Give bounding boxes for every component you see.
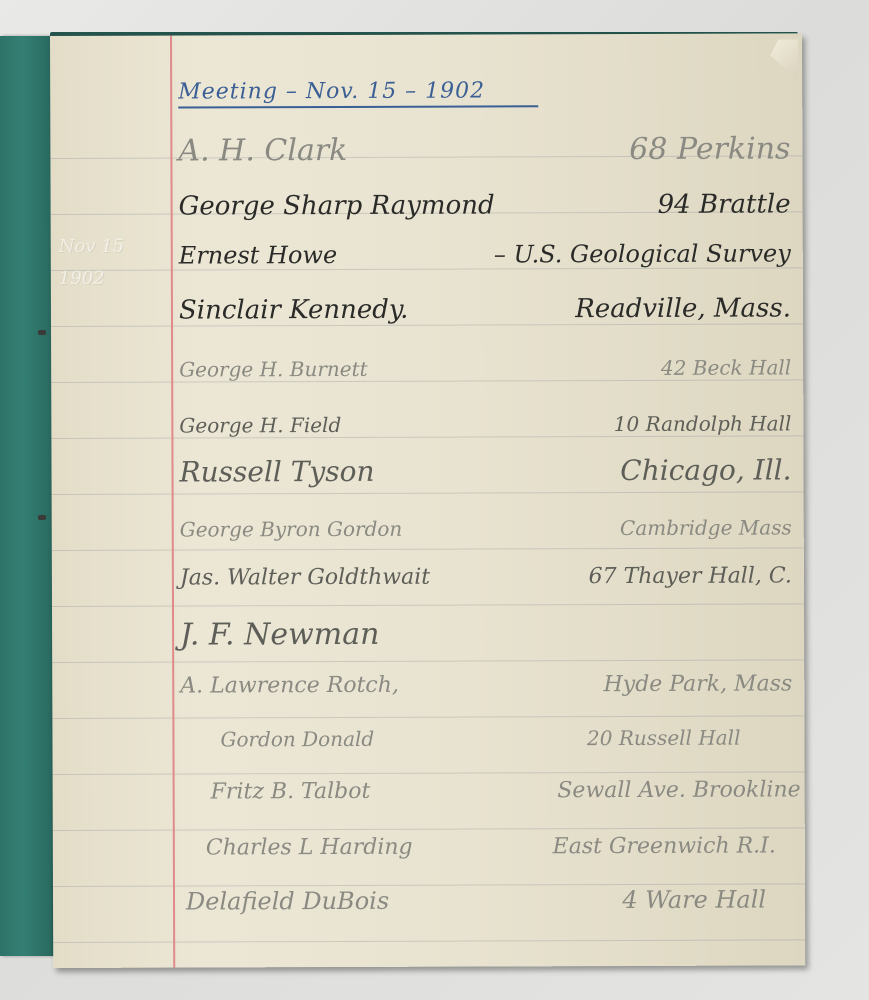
register-entry: A. H. Clark 68 Perkins [178, 131, 790, 168]
entry-address: 94 Brattle [658, 189, 791, 219]
entry-name: J. F. Newman [180, 617, 379, 653]
meeting-heading: Meeting – Nov. 15 – 1902 [178, 78, 538, 108]
register-entry: Delafield DuBois 4 Ware Hall [181, 886, 766, 916]
entry-name: George Byron Gordon [180, 517, 403, 542]
ruled-line [52, 547, 804, 551]
register-entry: Gordon Donald 20 Russell Hall [180, 726, 740, 752]
entry-name: Sinclair Kennedy. [179, 295, 409, 326]
entry-address: Readville, Mass. [575, 293, 791, 324]
register-entry: A. Lawrence Rotch, Hyde Park, Mass [180, 671, 792, 698]
entry-address: – U.S. Geological Survey [494, 239, 791, 268]
register-entry: Russell Tyson Chicago, Ill. [179, 453, 791, 488]
ruled-line [53, 939, 805, 943]
entry-address: Cambridge Mass [620, 515, 792, 540]
register-entry: J. F. Newman [180, 615, 792, 652]
ruled-line [52, 491, 804, 495]
entry-name: Jas. Walter Goldthwait [180, 565, 430, 591]
ruled-line [52, 603, 804, 607]
register-page: Nov 15 1902 Meeting – Nov. 15 – 1902 A. … [50, 33, 805, 968]
entry-name: A. Lawrence Rotch, [180, 673, 399, 699]
embossed-text: Nov 15 [59, 236, 124, 257]
margin-rule [170, 36, 175, 968]
ruled-line [53, 827, 805, 831]
entry-name: Fritz B. Talbot [211, 779, 371, 805]
register-entry: George H. Burnett 42 Beck Hall [179, 355, 791, 381]
register-entry: Sinclair Kennedy. Readville, Mass. [179, 293, 791, 325]
entry-name: Charles L Harding [206, 835, 413, 861]
entry-name: Delafield DuBois [186, 887, 389, 916]
entry-name: George H. Burnett [179, 357, 368, 382]
entry-address: Chicago, Ill. [620, 453, 791, 487]
entry-address: 10 Randolph Hall [614, 411, 792, 436]
register-entry: Ernest Howe – U.S. Geological Survey [179, 239, 791, 269]
entry-name: George Sharp Raymond [179, 190, 495, 221]
notebook-cover [0, 36, 56, 956]
entry-name: A. H. Clark [178, 133, 347, 169]
entry-address: East Greenwich R.I. [553, 833, 776, 859]
register-entry: Fritz B. Talbot Sewall Ave. Brookline [181, 777, 801, 804]
register-entry: Charles L Harding East Greenwich R.I. [181, 833, 776, 860]
entry-address: 42 Beck Hall [661, 355, 791, 379]
entry-address: 68 Perkins [629, 131, 790, 167]
register-entry: George Sharp Raymond 94 Brattle [179, 189, 791, 221]
entry-address: 20 Russell Hall [587, 726, 741, 751]
ruled-line [52, 715, 804, 719]
register-entry: Jas. Walter Goldthwait 67 Thayer Hall, C… [180, 563, 792, 590]
entry-name: Russell Tyson [179, 455, 374, 489]
ruled-line [52, 659, 804, 663]
folded-corner [770, 39, 798, 79]
register-entry: George H. Field 10 Randolph Hall [179, 411, 791, 437]
entry-name: Ernest Howe [179, 241, 337, 270]
entry-name: Gordon Donald [220, 727, 374, 752]
register-entry: George Byron Gordon Cambridge Mass [180, 515, 792, 541]
staple-icon [38, 515, 46, 520]
staple-icon [38, 330, 46, 335]
embossed-text: 1902 [59, 268, 105, 289]
entry-address: Sewall Ave. Brookline [557, 777, 800, 803]
ruled-line [53, 771, 805, 775]
entry-name: George H. Field [179, 413, 341, 438]
entry-address: 4 Ware Hall [622, 886, 766, 915]
entry-address: 67 Thayer Hall, C. [589, 563, 792, 589]
entry-address: Hyde Park, Mass [604, 671, 793, 697]
